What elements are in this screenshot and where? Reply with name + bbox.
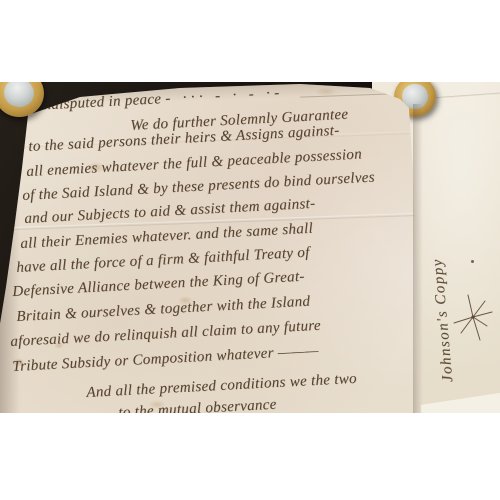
letterbox-bottom [0, 413, 500, 500]
letterbox-top [0, 0, 500, 82]
ink-dot [471, 260, 474, 263]
manuscript-photo: Johnson's Coppy Undisputed in peace - · … [0, 82, 500, 413]
fold-shadow [413, 104, 426, 413]
paper-stain [314, 87, 338, 96]
ink-star-icon [452, 294, 494, 342]
manuscript-line-cutoff: to the mutual observance [118, 397, 277, 413]
manuscript-line: Undisputed in peace - · · · - · - · - [32, 85, 280, 115]
manuscript-line: And all the premised conditions we the t… [86, 371, 357, 402]
